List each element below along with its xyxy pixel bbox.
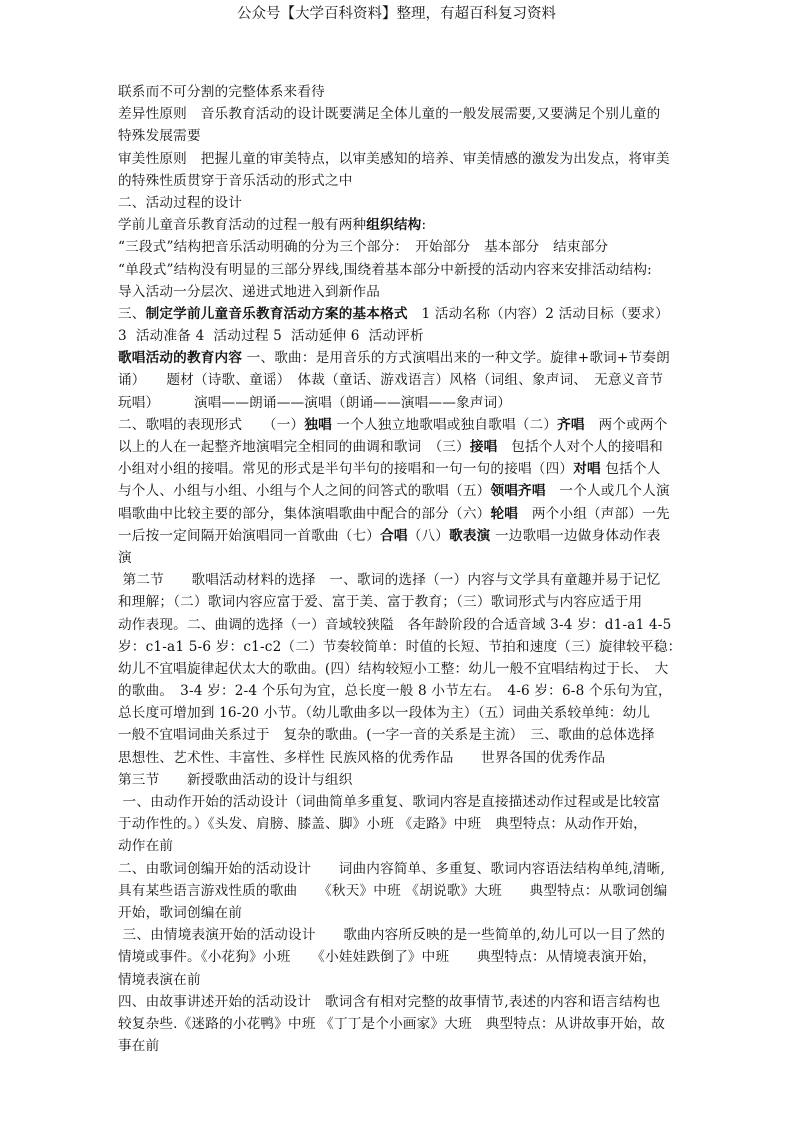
text-run: 三、由情境表演开始的活动设计 歌曲内容所反映的是一些简单的,幼儿可以一目了然的 <box>118 927 665 943</box>
text-run: 导入活动一分层次、递进式地进入到新作品 <box>118 284 380 300</box>
text-line: 第三节 新授歌曲活动的设计与组织 <box>118 769 678 791</box>
text-run: 动作表现。二、曲调的选择（一）音域较狭隘 各年龄阶段的合适音域 3-4 岁：d1… <box>118 617 671 633</box>
text-run: 两个小组（声部）一先 <box>518 506 670 522</box>
text-run: 联系而不可分割的完整体系来看待 <box>118 84 325 100</box>
text-line: 唱歌曲中比较主要的部分，集体演唱歌曲中配合的部分（六）轮唱 两个小组（声部）一先 <box>118 503 678 525</box>
text-run: 3 活动准备 4 活动过程 5 活动延伸 6 活动评析 <box>118 328 424 344</box>
text-line: 三、由情境表演开始的活动设计 歌曲内容所反映的是一些简单的,幼儿可以一目了然的 <box>118 924 678 946</box>
text-line: 一、由动作开始的活动设计（词曲简单多重复、歌词内容是直接描述动作过程或是比较富 <box>118 791 678 813</box>
text-run: 岁：c1-a1 5-6 岁：c1-c2（二）节奏较简单：时值的长短、节拍和速度（… <box>118 639 681 655</box>
text-run: 的特殊性质贯穿于音乐活动的形式之中 <box>118 173 353 189</box>
text-line: 导入活动一分层次、递进式地进入到新作品 <box>118 281 678 303</box>
text-line: 情境或事件。《小花狗》小班 《小娃娃跌倒了》中班 典型特点：从情境表演开始， <box>118 946 678 968</box>
bold-term: 齐唱 <box>557 417 585 433</box>
text-run: 思想性、艺术性、丰富性、多样性 民族风格的优秀作品 世界各国的优秀作品 <box>118 750 605 766</box>
text-run: 一、歌曲：是用音乐的方式演唱出来的一种文学。旋律+歌词+节奏朗 <box>242 350 670 366</box>
text-run: : <box>421 217 426 233</box>
text-run: 和理解；（二）歌词内容应富于爱、富于美、富于教育；（三）歌词形式与内容应适于用 <box>118 594 642 610</box>
text-run: 一个人独立地歌唱或独自歌唱（二） <box>332 417 557 433</box>
text-run: 小组对小组的接唱。常见的形式是半句半句的接唱和一句一句的接唱（四） <box>118 461 573 477</box>
text-run: 二、歌唱的表现形式 （一） <box>118 417 304 433</box>
bold-term: 歌表演 <box>449 528 490 544</box>
text-run: “三段式”结构把音乐活动明确的分为三个部分： 开始部分 基本部分 结束部分 <box>118 239 608 255</box>
text-line: 审美性原则 把握儿童的审美特点，以审美感知的培养、审美情感的激发为出发点，将审美 <box>118 148 678 170</box>
text-run: 总长度可增加到 16-20 小节。（幼儿歌曲多以一段体为主）（五）词曲关系较单纯… <box>118 705 650 721</box>
text-run: 特殊发展需要 <box>118 128 201 144</box>
text-line: 幼儿不宜唱旋律起伏太大的歌曲。(四）结构较短小工整：幼儿一般不宜唱结构过于长、 … <box>118 658 678 680</box>
text-run: 与个人、小组与小组、小组与个人之间的问答式的歌唱（五） <box>118 483 490 499</box>
text-line: “单段式”结构没有明显的三部分界线,围绕着基本部分中新授的活动内容来安排活动结构… <box>118 259 678 281</box>
text-line: 特殊发展需要 <box>118 125 678 147</box>
text-run: 1 活动名称（内容）2 活动目标（要求） <box>408 306 669 322</box>
bold-term: 合唱 <box>380 528 408 544</box>
bold-term: 制定学前儿童音乐教育活动方案的基本格式 <box>146 306 408 322</box>
text-line: 动作在前 <box>118 835 678 857</box>
document-body: 联系而不可分割的完整体系来看待差异性原则 音乐教育活动的设计既要满足全体儿童的一… <box>118 81 678 1057</box>
text-line: 情境表演在前 <box>118 969 678 991</box>
text-line: 联系而不可分割的完整体系来看待 <box>118 81 678 103</box>
text-run: 幼儿不宜唱旋律起伏太大的歌曲。(四）结构较短小工整：幼儿一般不宜唱结构过于长、 … <box>118 661 668 677</box>
text-run: 二、活动过程的设计 <box>118 195 242 211</box>
text-line: 二、歌唱的表现形式 （一）独唱 一个人独立地歌唱或独自歌唱（二）齐唱 两个或两个 <box>118 414 678 436</box>
text-run: 具有某些语言游戏性质的歌曲 《秋天》中班 《胡说歌》大班 典型特点：从歌词创编 <box>118 883 667 899</box>
text-line: 具有某些语言游戏性质的歌曲 《秋天》中班 《胡说歌》大班 典型特点：从歌词创编 <box>118 880 678 902</box>
text-line: 事在前 <box>118 1035 678 1057</box>
bold-term: 独唱 <box>304 417 332 433</box>
text-run: 诵） 题材（诗歌、童谣） 体裁（童话、游戏语言）风格（词组、象声词、 无意义音节 <box>118 372 663 388</box>
text-run: 四、由故事讲述开始的活动设计 歌词含有相对完整的故事情节,表述的内容和语言结构也 <box>118 994 660 1010</box>
text-run: 情境或事件。《小花狗》小班 《小娃娃跌倒了》中班 典型特点：从情境表演开始， <box>118 949 656 965</box>
text-run: 一边歌唱一边做身体动作表 <box>490 528 660 544</box>
bold-term: 对唱 <box>573 461 601 477</box>
text-line: 较复杂些.《迷路的小花鸭》中班 《丁丁是个小画家》大班 典型特点：从讲故事开始，… <box>118 1013 678 1035</box>
text-line: 二、活动过程的设计 <box>118 192 678 214</box>
text-line: 的特殊性质贯穿于音乐活动的形式之中 <box>118 170 678 192</box>
text-line: 演 <box>118 547 678 569</box>
text-line: 一般不宜唱词曲关系过于 复杂的歌曲。(一字一音的关系是主流） 三、歌曲的总体选择 <box>118 724 678 746</box>
text-line: 总长度可增加到 16-20 小节。（幼儿歌曲多以一段体为主）（五）词曲关系较单纯… <box>118 702 678 724</box>
text-line: 第二节 歌唱活动材料的选择 一、歌词的选择（一）内容与文学具有童趣并易于记忆 <box>118 569 678 591</box>
text-line: 诵） 题材（诗歌、童谣） 体裁（童话、游戏语言）风格（词组、象声词、 无意义音节 <box>118 369 678 391</box>
text-run: 三、 <box>118 306 146 322</box>
text-run: 以上的人在一起整齐地演唱完全相同的曲调和歌词 （三） <box>118 439 470 455</box>
text-run: 一、由动作开始的活动设计（词曲简单多重复、歌词内容是直接描述动作过程或是比较富 <box>118 794 660 810</box>
text-line: “三段式”结构把音乐活动明确的分为三个部分： 开始部分 基本部分 结束部分 <box>118 236 678 258</box>
text-line: 思想性、艺术性、丰富性、多样性 民族风格的优秀作品 世界各国的优秀作品 <box>118 747 678 769</box>
text-line: 与个人、小组与小组、小组与个人之间的问答式的歌唱（五）领唱齐唱 一个人或几个人演 <box>118 480 678 502</box>
text-run: 学前儿童音乐教育活动的过程一般有两种 <box>118 217 366 233</box>
text-run: 差异性原则 音乐教育活动的设计既要满足全体儿童的一般发展需要,又要满足个别儿童的 <box>118 106 660 122</box>
text-run: 较复杂些.《迷路的小花鸭》中班 《丁丁是个小画家》大班 典型特点：从讲故事开始，… <box>118 1016 665 1032</box>
text-run: 一般不宜唱词曲关系过于 复杂的歌曲。(一字一音的关系是主流） 三、歌曲的总体选择 <box>118 727 655 743</box>
text-run: 演 <box>118 550 132 566</box>
page-header-watermark: 公众号【大学百科资料】整理，有超百科复习资料 <box>0 4 793 24</box>
text-line: 二、由歌词创编开始的活动设计 词曲内容简单、多重复、歌词内容语法结构单纯,清晰, <box>118 858 678 880</box>
text-line: 岁：c1-a1 5-6 岁：c1-c2（二）节奏较简单：时值的长短、节拍和速度（… <box>118 636 678 658</box>
text-run: 审美性原则 把握儿童的审美特点，以审美感知的培养、审美情感的激发为出发点，将审美 <box>118 151 670 167</box>
text-run: 第三节 新授歌曲活动的设计与组织 <box>118 772 353 788</box>
text-run: 一个人或几个人演 <box>546 483 670 499</box>
text-line: 于动作性的。）《头发、肩膀、膝盖、脚》小班 《走路》中班 典型特点：从动作开始， <box>118 813 678 835</box>
text-run: 包括个人 <box>601 461 661 477</box>
text-run: 动作在前 <box>118 838 173 854</box>
text-line: 3 活动准备 4 活动过程 5 活动延伸 6 活动评析 <box>118 325 678 347</box>
bold-term: 歌唱活动的教育内容 <box>118 350 242 366</box>
text-run: 情境表演在前 <box>118 972 201 988</box>
text-line: 一后按一定间隔开始演唱同一首歌曲（七）合唱（八）歌表演 一边歌唱一边做身体动作表 <box>118 525 678 547</box>
text-line: 四、由故事讲述开始的活动设计 歌词含有相对完整的故事情节,表述的内容和语言结构也 <box>118 991 678 1013</box>
text-run: 事在前 <box>118 1038 159 1054</box>
bold-term: 轮唱 <box>490 506 518 522</box>
text-run: 开始，歌词创编在前 <box>118 905 242 921</box>
text-line: 的歌曲。 3-4 岁：2-4 个乐句为宜，总长度一般 8 小节左右。 4-6 岁… <box>118 680 678 702</box>
text-line: 和理解；（二）歌词内容应富于爱、富于美、富于教育；（三）歌词形式与内容应适于用 <box>118 591 678 613</box>
text-run: 唱歌曲中比较主要的部分，集体演唱歌曲中配合的部分（六） <box>118 506 490 522</box>
text-run: 的歌曲。 3-4 岁：2-4 个乐句为宜，总长度一般 8 小节左右。 4-6 岁… <box>118 683 672 699</box>
text-line: 差异性原则 音乐教育活动的设计既要满足全体儿童的一般发展需要,又要满足个别儿童的 <box>118 103 678 125</box>
text-run: “单段式”结构没有明显的三部分界线,围绕着基本部分中新授的活动内容来安排活动结构… <box>118 262 652 278</box>
text-line: 以上的人在一起整齐地演唱完全相同的曲调和歌词 （三）接唱 包括个人对个人的接唱和 <box>118 436 678 458</box>
text-run: 包括个人对个人的接唱和 <box>497 439 663 455</box>
text-run: （八） <box>408 528 449 544</box>
bold-term: 接唱 <box>470 439 498 455</box>
text-line: 小组对小组的接唱。常见的形式是半句半句的接唱和一句一句的接唱（四）对唱 包括个人 <box>118 458 678 480</box>
bold-term: 领唱齐唱 <box>490 483 545 499</box>
text-line: 玩唱） 演唱——朗诵——演唱（朗诵——演唱——象声词） <box>118 392 678 414</box>
text-run: 于动作性的。）《头发、肩膀、膝盖、脚》小班 《走路》中班 典型特点：从动作开始， <box>118 816 647 832</box>
text-run: 二、由歌词创编开始的活动设计 词曲内容简单、多重复、歌词内容语法结构单纯,清晰, <box>118 861 665 877</box>
bold-term: 组织结构 <box>366 217 421 233</box>
text-run: 第二节 歌唱活动材料的选择 一、歌词的选择（一）内容与文学具有童趣并易于记忆 <box>118 572 660 588</box>
text-line: 三、制定学前儿童音乐教育活动方案的基本格式 1 活动名称（内容）2 活动目标（要… <box>118 303 678 325</box>
text-line: 开始，歌词创编在前 <box>118 902 678 924</box>
text-line: 歌唱活动的教育内容 一、歌曲：是用音乐的方式演唱出来的一种文学。旋律+歌词+节奏… <box>118 347 678 369</box>
text-line: 动作表现。二、曲调的选择（一）音域较狭隘 各年龄阶段的合适音域 3-4 岁：d1… <box>118 614 678 636</box>
text-run: 两个或两个 <box>585 417 668 433</box>
text-run: 一后按一定间隔开始演唱同一首歌曲（七） <box>118 528 380 544</box>
text-line: 学前儿童音乐教育活动的过程一般有两种组织结构: <box>118 214 678 236</box>
text-run: 玩唱） 演唱——朗诵——演唱（朗诵——演唱——象声词） <box>118 395 511 411</box>
